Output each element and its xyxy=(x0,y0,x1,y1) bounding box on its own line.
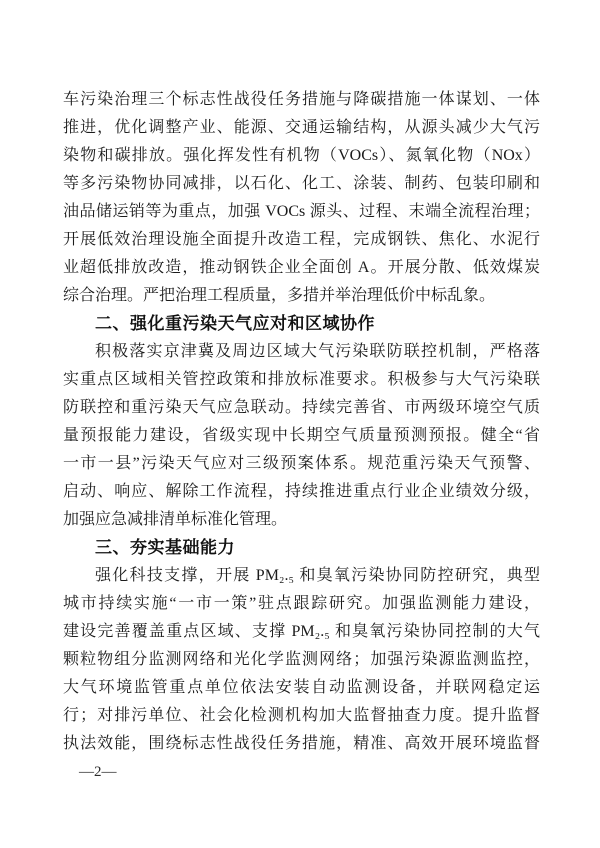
text-line: 积极落实京津冀及周边区域大气污染联防联控机制，严格落 xyxy=(63,338,540,366)
text-line: 等多污染物协同减排，以石化、化工、涂装、制药、包装印刷和 xyxy=(63,170,540,198)
text-line: 防联控和重污染天气应急联动。持续完善省、市两级环境空气质 xyxy=(63,394,540,422)
text-line: 综合治理。严把治理工程质量，多措并举治理低价中标乱象。 xyxy=(63,282,540,310)
text-line: 执法效能，围绕标志性战役任务措施，精准、高效开展环境监督 xyxy=(63,730,540,758)
text-line: 强化科技支撑，开展 PM₂.₅ 和臭氧污染协同防控研究，典型 xyxy=(63,562,540,590)
text-line: 建设完善覆盖重点区域、支撑 PM₂.₅ 和臭氧污染协同控制的大气 xyxy=(63,618,540,646)
paragraph-continuation: 车污染治理三个标志性战役任务措施与降碳措施一体谋划、一体 推进，优化调整产业、能… xyxy=(63,86,540,310)
text-line: 行；对排污单位、社会化检测机构加大监督抽查力度。提升监督 xyxy=(63,702,540,730)
section-heading-2: 二、强化重污染天气应对和区域协作 xyxy=(63,310,540,338)
text-line: 启动、响应、解除工作流程，持续推进重点行业企业绩效分级， xyxy=(63,478,540,506)
text-line: 加强应急减排清单标准化管理。 xyxy=(63,506,540,534)
page-number: —2— xyxy=(79,763,540,781)
text-line: 油品储运销等为重点，加强 VOCs 源头、过程、末端全流程治理； xyxy=(63,198,540,226)
text-line: 大气环境监管重点单位依法安装自动监测设备，并联网稳定运 xyxy=(63,674,540,702)
text-line: 推进，优化调整产业、能源、交通运输结构，从源头减少大气污 xyxy=(63,114,540,142)
text-line: 一市一县”污染天气应对三级预案体系。规范重污染天气预警、 xyxy=(63,450,540,478)
text-line: 实重点区域相关管控政策和排放标准要求。积极参与大气污染联 xyxy=(63,366,540,394)
text-line: 开展低效治理设施全面提升改造工程，完成钢铁、焦化、水泥行 xyxy=(63,226,540,254)
paragraph-section-3: 强化科技支撑，开展 PM₂.₅ 和臭氧污染协同防控研究，典型 城市持续实施“一市… xyxy=(63,562,540,758)
text-line: 量预报能力建设，省级实现中长期空气质量预测预报。健全“省 xyxy=(63,422,540,450)
text-line: 车污染治理三个标志性战役任务措施与降碳措施一体谋划、一体 xyxy=(63,86,540,114)
text-line: 城市持续实施“一市一策”驻点跟踪研究。加强监测能力建设， xyxy=(63,590,540,618)
text-line: 染物和碳排放。强化挥发性有机物（VOCs）、氮氧化物（NOx） xyxy=(63,142,540,170)
text-line: 业超低排放改造，推动钢铁企业全面创 A。开展分散、低效煤炭 xyxy=(63,254,540,282)
paragraph-section-2: 积极落实京津冀及周边区域大气污染联防联控机制，严格落 实重点区域相关管控政策和排… xyxy=(63,338,540,534)
text-line: 颗粒物组分监测网络和光化学监测网络；加强污染源监测监控， xyxy=(63,646,540,674)
document-page: 车污染治理三个标志性战役任务措施与降碳措施一体谋划、一体 推进，优化调整产业、能… xyxy=(0,0,600,848)
section-heading-3: 三、夯实基础能力 xyxy=(63,534,540,562)
